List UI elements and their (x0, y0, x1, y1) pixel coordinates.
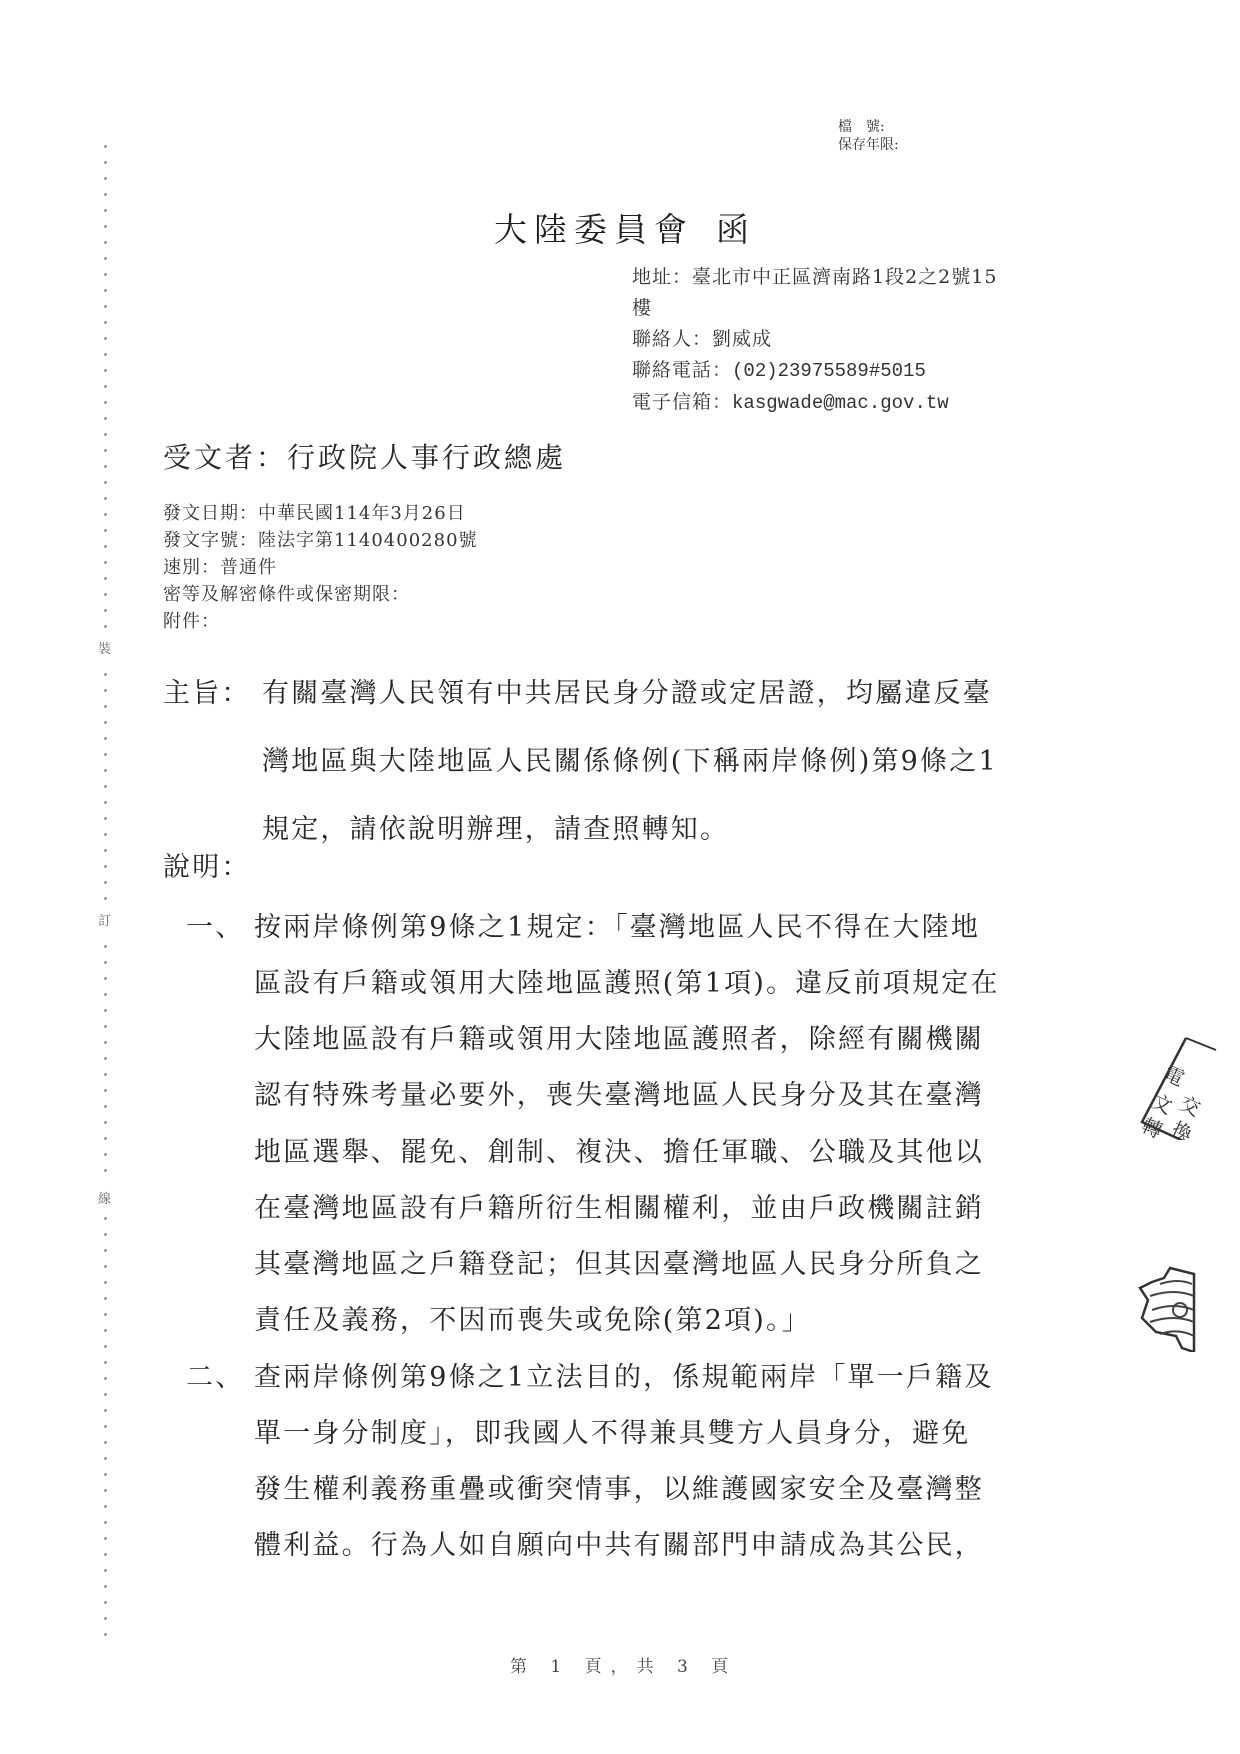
binding-dot (104, 593, 107, 596)
binding-dot (104, 1089, 107, 1092)
binding-dot (104, 961, 107, 964)
binding-dot (104, 769, 107, 772)
binding-dot (104, 1505, 107, 1508)
binding-dot (104, 1553, 107, 1556)
binding-dot (104, 977, 107, 980)
binding-dot (104, 161, 107, 164)
binding-dot (104, 145, 107, 148)
sender-address-cont: 樓 (632, 293, 997, 324)
binding-dot (104, 1633, 107, 1636)
sender-contact: 聯絡人：劉威成 (632, 324, 997, 355)
email-link[interactable]: kasgwade@mac.gov.tw (732, 392, 949, 414)
document-meta: 發文日期：中華民國114年3月26日 發文字號：陸法字第1140400280號 … (163, 500, 478, 635)
binding-dot (104, 385, 107, 388)
subject-line: 有關臺灣人民領有中共居民身分證或定居證，均屬違反臺 (262, 671, 992, 710)
binding-dot (104, 1537, 107, 1540)
binding-dot (104, 577, 107, 580)
binding-dot (104, 833, 107, 836)
binding-dot (104, 1153, 107, 1156)
binding-dot (104, 257, 107, 260)
item-line: 查兩岸條例第9條之1立法目的，係規範兩岸「單一戶籍及 (254, 1355, 994, 1394)
binding-dot (104, 753, 107, 756)
page-indicator: 第 1 頁，共 3 頁 (510, 1652, 737, 1677)
binding-dot (104, 1521, 107, 1524)
binding-dot (104, 401, 107, 404)
binding-dot (104, 721, 107, 724)
binding-dot (104, 849, 107, 852)
binding-dot (104, 1025, 107, 1028)
binding-dot (104, 1057, 107, 1060)
binding-dot (104, 209, 107, 212)
binding-dot (104, 689, 107, 692)
binding-dot (104, 1329, 107, 1332)
binding-dot (104, 1569, 107, 1572)
binding-dot (104, 1217, 107, 1220)
binding-dot (104, 449, 107, 452)
binding-dot (104, 513, 107, 516)
binding-dot (104, 817, 107, 820)
sender-email: 電子信箱：kasgwade@mac.gov.tw (632, 387, 997, 419)
item-line: 在臺灣地區設有戶籍所衍生相關權利，並由戶政機關註銷 (254, 1186, 984, 1225)
attachments: 附件： (163, 608, 478, 635)
urgency: 速別：普通件 (163, 554, 478, 581)
binding-dot (104, 369, 107, 372)
subject-line: 灣地區與大陸地區人民關係條例(下稱兩岸條例)第9條之1 (262, 739, 998, 778)
binding-dot (104, 1617, 107, 1620)
binding-dot (104, 705, 107, 708)
binding-dot (104, 337, 107, 340)
binding-dot (104, 1361, 107, 1364)
binding-dot (104, 897, 107, 900)
binding-dot (104, 353, 107, 356)
binding-dot (104, 417, 107, 420)
binding-dot (104, 625, 107, 628)
sender-info: 地址：臺北市中正區濟南路1段2之2號15 樓 聯絡人：劉威成 聯絡電話：(02)… (632, 262, 997, 419)
binding-dot (104, 1249, 107, 1252)
document-title: 大陸委員會函 (494, 204, 756, 251)
issue-date: 發文日期：中華民國114年3月26日 (163, 500, 478, 527)
file-info: 檔 號: 保存年限: (838, 118, 899, 154)
item-number: 一、 (186, 905, 244, 944)
binding-dot (104, 433, 107, 436)
binding-dot (104, 241, 107, 244)
binding-dot (104, 1121, 107, 1124)
recipient: 受文者：行政院人事行政總處 (163, 436, 566, 476)
binding-dot (104, 1425, 107, 1428)
item-line: 責任及義務，不因而喪失或免除(第2項)。」 (254, 1298, 811, 1337)
binding-dot (104, 881, 107, 884)
binding-dot (104, 1265, 107, 1268)
receipt-stamp-icon: 電 文 轉 交 換 (1112, 1030, 1232, 1140)
binding-dot (104, 1409, 107, 1412)
binding-dot (104, 561, 107, 564)
svg-text:交: 交 (1176, 1091, 1204, 1121)
binding-dot (104, 865, 107, 868)
item-line: 地區選舉、罷免、創制、複決、擔任軍職、公職及其他以 (254, 1130, 984, 1169)
binding-dot (104, 1281, 107, 1284)
binding-mark: 訂 (98, 915, 111, 928)
binding-dot (104, 1137, 107, 1140)
seal-icon (1130, 1260, 1202, 1352)
receipt-stamp: 電 文 轉 交 換 (1112, 1030, 1232, 1140)
binding-dot (104, 545, 107, 548)
binding-dot (104, 673, 107, 676)
binding-dot (104, 481, 107, 484)
binding-dot (104, 1473, 107, 1476)
binding-mark: 線 (98, 1193, 111, 1206)
binding-dot (104, 529, 107, 532)
binding-line: 裝訂線 (100, 140, 112, 1650)
binding-dot (104, 609, 107, 612)
item-line: 體利益。行為人如自願向中共有關部門申請成為其公民， (254, 1523, 984, 1562)
binding-dot (104, 321, 107, 324)
binding-dot (104, 945, 107, 948)
binding-dot (104, 1441, 107, 1444)
recipient-label: 受文者： (163, 441, 287, 474)
binding-dot (104, 1457, 107, 1460)
svg-text:電: 電 (1160, 1061, 1188, 1091)
classification: 密等及解密條件或保密期限： (163, 581, 478, 608)
binding-dot (104, 785, 107, 788)
binding-dot (104, 289, 107, 292)
binding-dot (104, 1169, 107, 1172)
binding-dot (104, 305, 107, 308)
binding-dot (104, 1297, 107, 1300)
binding-dot (104, 1313, 107, 1316)
binding-dot (104, 193, 107, 196)
binding-dot (104, 1073, 107, 1076)
subject-line: 規定，請依說明辦理，請查照轉知。 (262, 807, 729, 846)
binding-dot (104, 1041, 107, 1044)
file-number-label: 檔 號: (838, 118, 885, 136)
binding-dot (104, 497, 107, 500)
sender-phone: 聯絡電話：(02)23975589#5015 (632, 355, 997, 387)
binding-dot (104, 465, 107, 468)
subject-label: 主旨： (163, 671, 251, 710)
sender-address: 地址：臺北市中正區濟南路1段2之2號15 (632, 262, 997, 293)
item-line: 單一身分制度」，即我國人不得兼具雙方人員身分，避免 (254, 1411, 971, 1450)
seal-fragment (1130, 1260, 1202, 1352)
binding-dot (104, 1345, 107, 1348)
item-number: 二、 (186, 1355, 244, 1394)
recipient-name: 行政院人事行政總處 (287, 441, 566, 474)
binding-dot (104, 1601, 107, 1604)
binding-dot (104, 801, 107, 804)
binding-dot (104, 273, 107, 276)
organization-name: 大陸委員會 (494, 210, 694, 249)
binding-dot (104, 737, 107, 740)
binding-dot (104, 1393, 107, 1396)
binding-dot (104, 1585, 107, 1588)
svg-text:換: 換 (1168, 1117, 1196, 1140)
binding-dot (104, 177, 107, 180)
item-line: 大陸地區設有戶籍或領用大陸地區護照者，除經有關機關 (254, 1017, 984, 1056)
binding-dot (104, 1489, 107, 1492)
binding-dot (104, 993, 107, 996)
binding-dot (104, 1009, 107, 1012)
description-label: 說明： (163, 845, 251, 884)
binding-dot (104, 225, 107, 228)
item-line: 發生權利義務重疊或衝突情事，以維護國家安全及臺灣整 (254, 1467, 984, 1506)
binding-dot (104, 1377, 107, 1380)
document-number: 發文字號：陸法字第1140400280號 (163, 527, 478, 554)
binding-mark: 裝 (98, 643, 111, 656)
item-line: 認有特殊考量必要外，喪失臺灣地區人民身分及其在臺灣 (254, 1073, 984, 1112)
item-line: 區設有戶籍或領用大陸地區護照(第1項)。違反前項規定在 (254, 961, 1000, 1000)
document-type: 函 (716, 210, 756, 249)
item-line: 按兩岸條例第9條之1規定：「臺灣地區人民不得在大陸地 (254, 905, 980, 944)
binding-dot (104, 1105, 107, 1108)
retention-period-label: 保存年限: (838, 136, 899, 154)
item-line: 其臺灣地區之戶籍登記；但其因臺灣地區人民身分所負之 (254, 1242, 984, 1281)
binding-dot (104, 1233, 107, 1236)
